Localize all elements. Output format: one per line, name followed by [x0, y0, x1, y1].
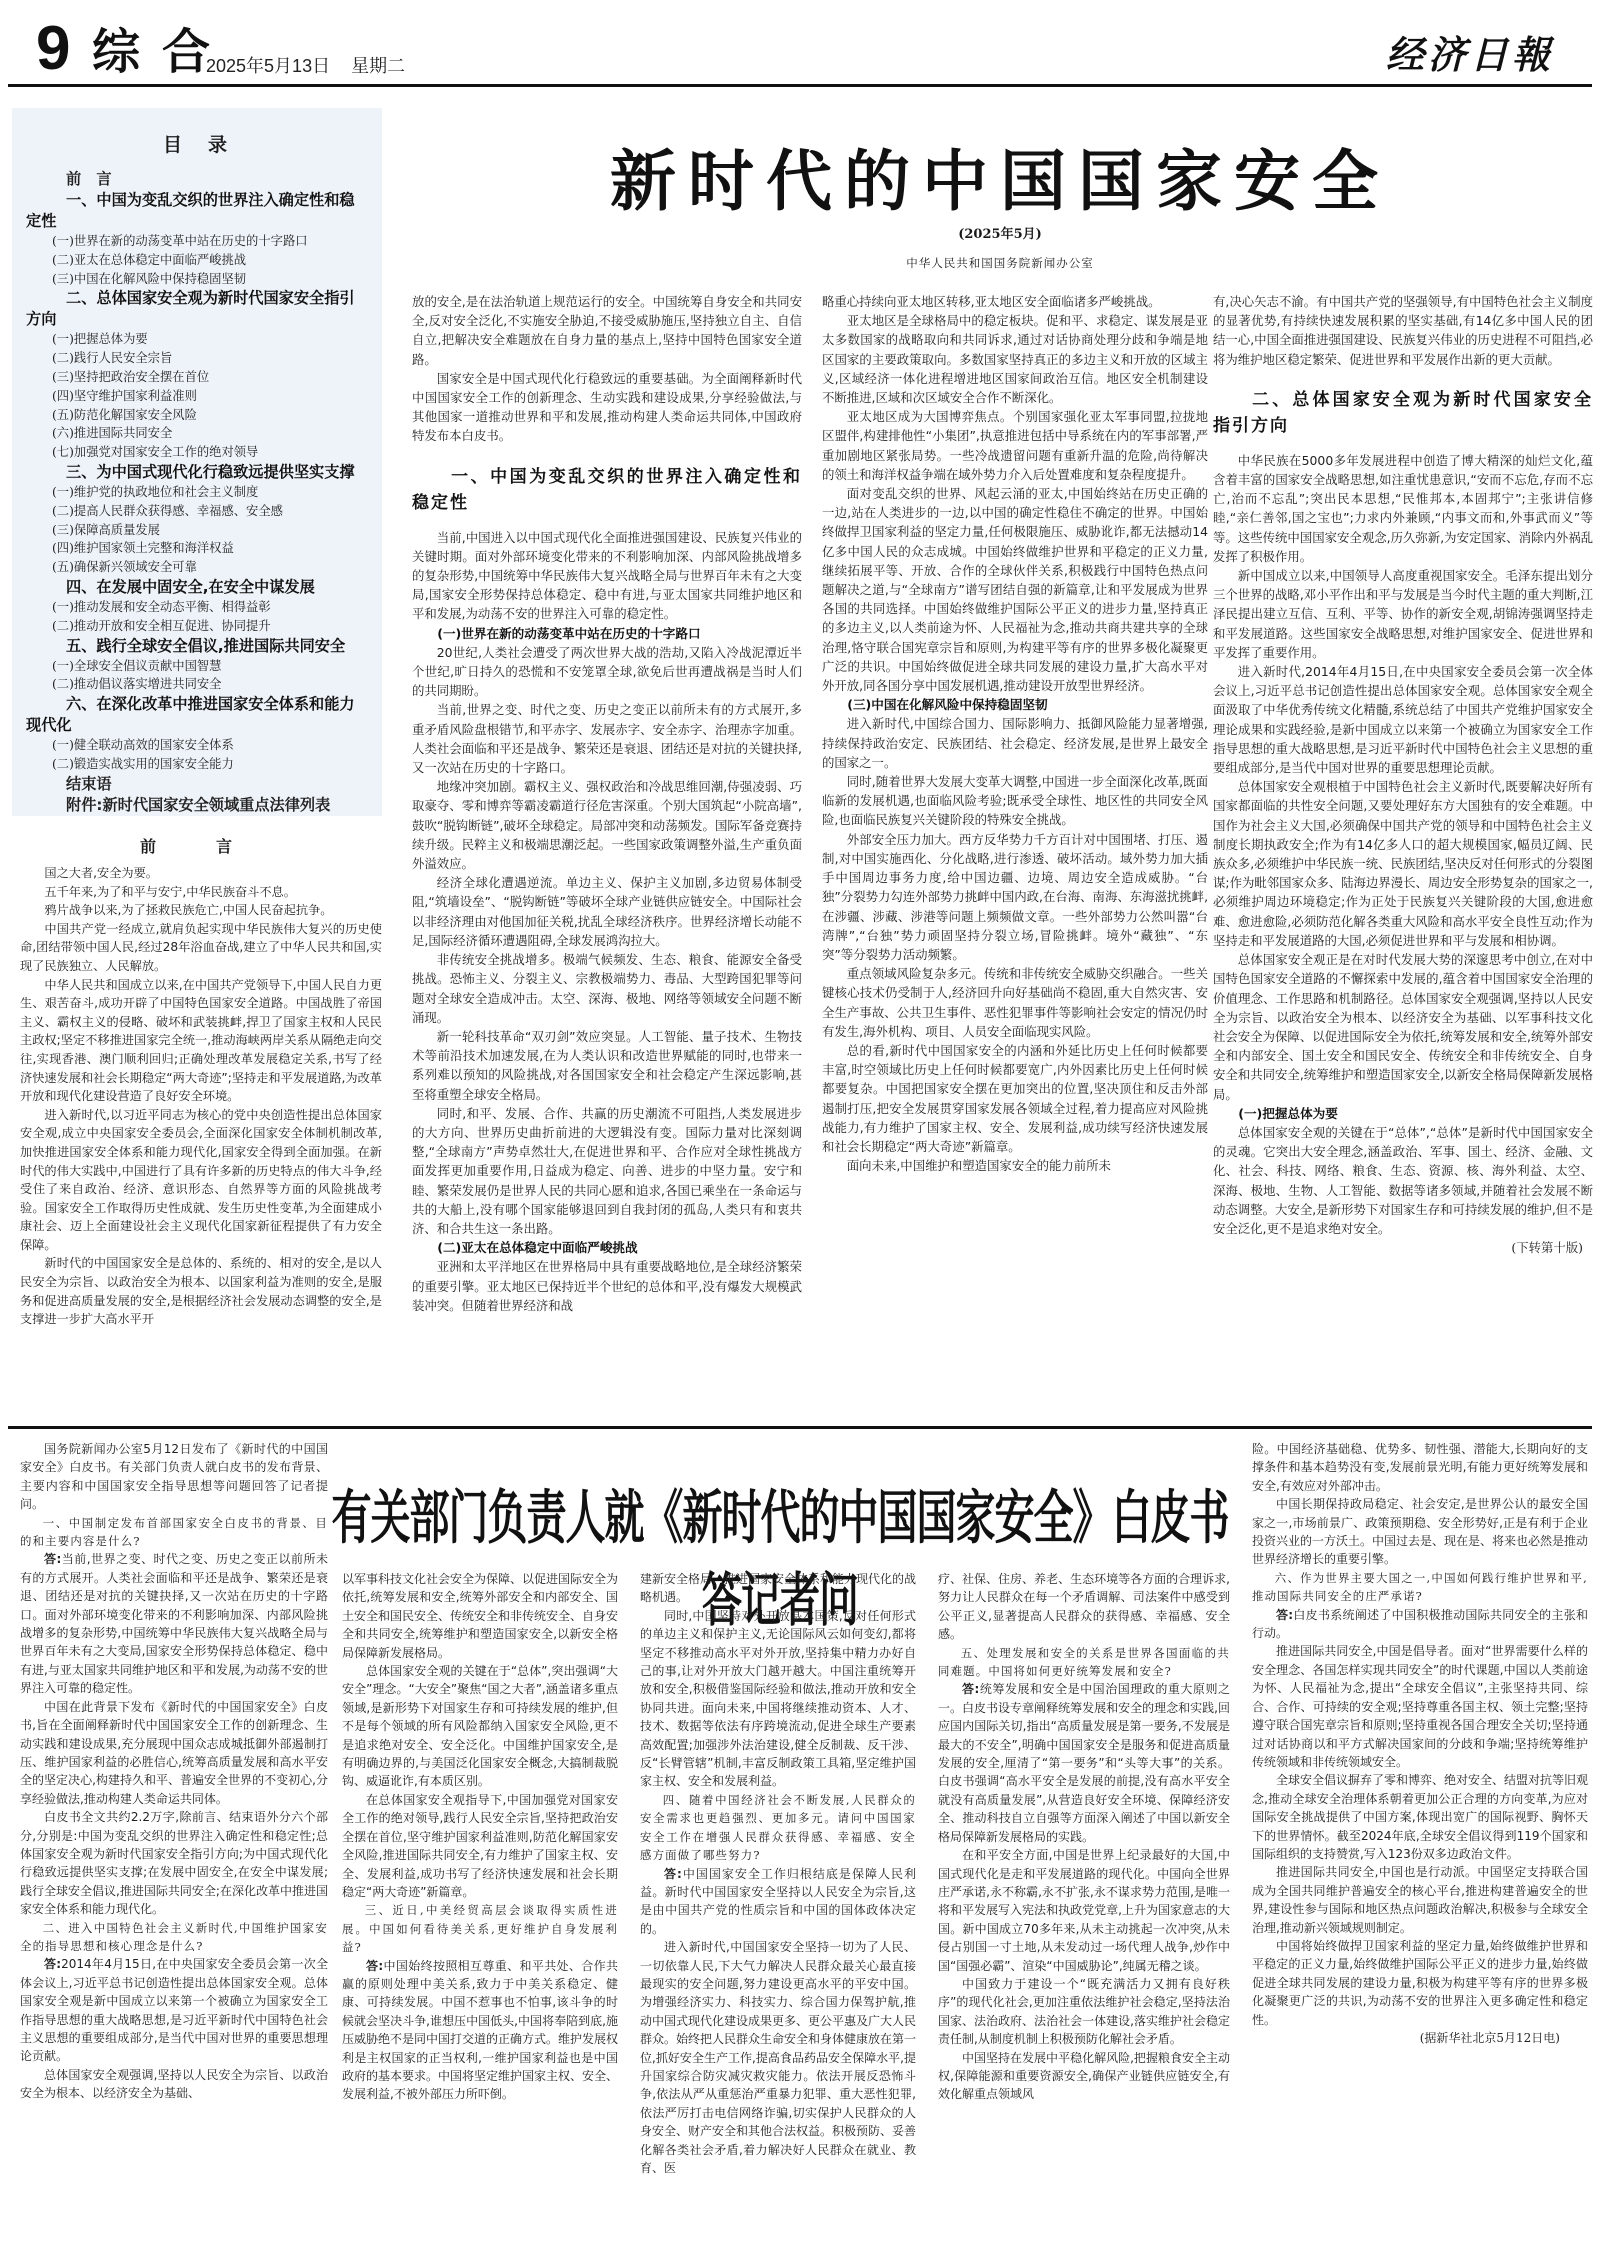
preface-heading: 前 言 — [12, 834, 382, 857]
paragraph: 当前,世界之变、时代之变、历史之变正以前所未有的方式展开,多重矛盾风险盘根错节,… — [412, 700, 802, 777]
paragraph: 有,决心矢志不渝。有中国共产党的坚强领导,有中国特色社会主义制度的显著优势,有持… — [1213, 292, 1593, 369]
paragraph: 放的安全,是在法治轨道上规范运行的安全。中国统筹自身安全和共同安全,反对安全泛化… — [412, 292, 802, 369]
paragraph: 进入新时代,中国综合国力、国际影响力、抵御风险能力显著增强,持续保持政治安定、民… — [822, 714, 1208, 772]
toc-item: (一)全球安全倡议贡献中国智慧 — [26, 657, 368, 676]
toc-item: 前 言 — [26, 169, 368, 190]
toc-item: (二)提高人民群众获得感、幸福感、安全感 — [26, 502, 368, 521]
masthead-rule — [8, 84, 1592, 87]
paragraph: 五千年来,为了和平与安宁,中华民族奋斗不息。 — [20, 883, 382, 902]
toc-item: (五)确保新兴领域安全可靠 — [26, 558, 368, 577]
paragraph: 鸦片战争以来,为了拯救民族危亡,中国人民奋起抗争。 — [20, 901, 382, 920]
article-column-3: 略重心持续向亚太地区转移,亚太地区安全面临诸多严峻挑战。亚太地区是全球格局中的稳… — [822, 292, 1208, 1412]
paragraph: 非传统安全挑战增多。极端气候频发、生态、粮食、能源安全备受挑战。恐怖主义、分裂主… — [412, 950, 802, 1027]
toc-item: (一)健全联动高效的国家安全体系 — [26, 736, 368, 755]
paragraph: 同时,中国坚持对外开放基本国策,反对任何形式的单边主义和保护主义,无论国际风云如… — [640, 1607, 916, 1791]
toc-item: (四)坚守维护国家利益准则 — [26, 387, 368, 406]
paragraph: 亚洲和太平洋地区在世界格局中具有重要战略地位,是全球经济繁荣的重要引擎。亚太地区… — [412, 1257, 802, 1315]
toc-item: 结束语 — [26, 774, 368, 795]
paragraph: 国务院新闻办公室5月12日发布了《新时代的中国国家安全》白皮书。有关部门负责人就… — [20, 1440, 328, 1514]
interview-question: 三、近日,中美经贸高层会谈取得实质性进展。中国如何看待美关系,更好维护自身发展利… — [342, 1901, 618, 1956]
interview-answer: 答:中国始终按照相互尊重、和平共处、合作共赢的原则处理中美关系,致力于中美关系稳… — [342, 1957, 618, 2104]
toc-item: (六)推进国际共同安全 — [26, 424, 368, 443]
toc-item: (五)防范化解国家安全风险 — [26, 406, 368, 425]
paragraph: 国家安全是中国式现代化行稳致远的重要基础。为全面阐释新时代中国国家安全工作的创新… — [412, 369, 802, 446]
article-headline: 新时代的中国国家安全 — [400, 128, 1600, 223]
paragraph: 新时代的中国国家安全是总体的、系统的、相对的安全,是以人民安全为宗旨、以政治安全… — [20, 1254, 382, 1328]
paragraph: 中华民族在5000多年发展进程中创造了博大精深的灿烂文化,蕴含着丰富的国家安全战… — [1213, 451, 1593, 566]
toc-item: (三)中国在化解风险中保持稳固坚韧 — [26, 270, 368, 289]
page-number: 9 — [36, 18, 70, 80]
paragraph: 中国将始终做捍卫国家利益的坚定力量,始终做维护世界和平稳定的正义力量,始终做维护… — [1252, 1937, 1588, 2029]
interview-question: 二、进入中国特色社会主义新时代,中国维护国家安全的指导思想和核心理念是什么? — [20, 1919, 328, 1956]
paragraph: 中华人民共和国成立以来,在中国共产党领导下,中国人民自力更生、艰苦奋斗,成功开辟… — [20, 976, 382, 1106]
answer-label: 答: — [1276, 1608, 1293, 1622]
paragraph: 同时,和平、发展、合作、共赢的历史潮流不可阻挡,人类发展进步的大方向、世界历史曲… — [412, 1104, 802, 1238]
paragraph: 中国共产党一经成立,就肩负起实现中华民族伟大复兴的历史使命,团结带领中国人民,经… — [20, 920, 382, 976]
answer-label: 答: — [962, 1682, 979, 1696]
subsection-heading: (一)世界在新的动荡变革中站在历史的十字路口 — [412, 624, 802, 643]
paragraph: 亚太地区成为大国博弈焦点。个别国家强化亚太军事同盟,拉拢地区盟伴,构建排他性“小… — [822, 407, 1208, 484]
answer-label: 答: — [366, 1959, 383, 1973]
paragraph: 20世纪,人类社会遭受了两次世界大战的浩劫,又陷入冷战泥潭近半个世纪,旷日持久的… — [412, 643, 802, 701]
article-byline: 中华人民共和国国务院新闻办公室 — [400, 255, 1600, 271]
paragraph: 国之大者,安全为要。 — [20, 864, 382, 883]
paragraph: 在和平安全方面,中国是世界上纪录最好的大国,中国式现代化是走和平发展道路的现代化… — [938, 1846, 1230, 1975]
subsection-heading: (二)亚太在总体稳定中面临严峻挑战 — [412, 1238, 802, 1257]
masthead: 9 综合 2025年5月13日 星期二 经济日報 — [0, 0, 1600, 90]
toc-item: (二)践行人民安全宗旨 — [26, 349, 368, 368]
date-text: 2025年5月13日 — [206, 56, 330, 76]
issue-date: 2025年5月13日 星期二 — [206, 52, 421, 78]
paragraph: 总体国家安全观的关键在于“总体”,“总体”是新时代中国国家安全的灵魂。它突出大安… — [1213, 1123, 1593, 1238]
article-column-4: 有,决心矢志不渝。有中国共产党的坚强领导,有中国特色社会主义制度的显著优势,有持… — [1213, 292, 1593, 1412]
paragraph: 进入新时代,中国国家安全坚持一切为了人民、一切依靠人民,下大气力解决人民群众最关… — [640, 1938, 916, 2177]
toc-item: (四)维护国家领土完整和海洋权益 — [26, 539, 368, 558]
subsection-heading: (一)把握总体为要 — [1213, 1104, 1593, 1123]
toc-item: (二)推动开放和安全相互促进、协同提升 — [26, 617, 368, 636]
section-heading: 一、中国为变乱交织的世界注入确定性和稳定性 — [412, 464, 802, 516]
paragraph: 全球安全倡议摒弃了零和博弈、绝对安全、结盟对抗等旧观念,推动全球安全治理体系朝着… — [1252, 1771, 1588, 1863]
paragraph: 在总体国家安全观指导下,中国加强党对国家安全工作的绝对领导,践行人民安全宗旨,坚… — [342, 1791, 618, 1901]
interview-answer: 答:中国国家安全工作归根结底是保障人民利益。新时代中国国家安全坚持以人民安全为宗… — [640, 1865, 916, 1939]
paragraph: 中国致力于建设一个“既充满活力又拥有良好秩序”的现代化社会,更加注重依法维护社会… — [938, 1975, 1230, 2049]
answer-text: 当前,世界之变、时代之变、历史之变正以前所未有的方式展开。人类社会面临和平还是战… — [20, 1552, 328, 1695]
paragraph: 当前,中国进入以中国式现代化全面推进强国建设、民族复兴伟业的关键时期。面对外部环… — [412, 528, 802, 624]
paragraph: 地缘冲突加剧。霸权主义、强权政治和冷战思维回潮,侍强凌弱、巧取豪夺、零和博弈等霸… — [412, 777, 802, 873]
paragraph: 推进国际共同安全,中国是倡导者。面对“世界需要什么样的安全理念、各国怎样实现共同… — [1252, 1642, 1588, 1771]
article-column-2: 放的安全,是在法治轨道上规范运行的安全。中国统筹自身安全和共同安全,反对安全泛化… — [412, 292, 802, 1412]
toc-item: (七)加强党对国家安全工作的绝对领导 — [26, 443, 368, 462]
paragraph: 亚太地区是全球格局中的稳定板块。促和平、求稳定、谋发展是亚太多数国家的战略取向和… — [822, 311, 1208, 407]
toc-item: 六、在深化改革中推进国家安全体系和能力现代化 — [26, 694, 368, 736]
table-of-contents: 目录 前 言一、中国为变乱交织的世界注入确定性和稳定性(一)世界在新的动荡变革中… — [12, 108, 382, 816]
subsection-heading: (三)中国在化解风险中保持稳固坚韧 — [822, 695, 1208, 714]
paragraph: 总体国家安全观的关键在于“总体”,突出强调“大安全”理念。“大安全”聚焦“国之大… — [342, 1662, 618, 1791]
interview-column-1: 国务院新闻办公室5月12日发布了《新时代的中国国家安全》白皮书。有关部门负责人就… — [20, 1440, 328, 2260]
interview-column-3: 建新安全格局、推进国家安全体系和能力现代化的战略机遇。同时,中国坚持对外开放基本… — [640, 1570, 916, 2260]
article-date: (2025年5月) — [400, 223, 1600, 242]
paragraph: 面向未来,中国维护和塑造国家安全的能力前所未 — [822, 1156, 1208, 1175]
interview-answer: 答:白皮书系统阐述了中国积极推动国际共同安全的主张和行动。 — [1252, 1606, 1588, 1643]
toc-item: 附件:新时代国家安全领域重点法律列表 — [26, 795, 368, 816]
interview-column-2: 以军事科技文化社会安全为保障、以促进国际安全为依托,统筹发展和安全,统筹外部安全… — [342, 1570, 618, 2260]
interview-answer: 答:当前,世界之变、时代之变、历史之变正以前所未有的方式展开。人类社会面临和平还… — [20, 1550, 328, 1697]
toc-item: (一)推动发展和安全动态平衡、相得益彰 — [26, 598, 368, 617]
paragraph: 重点领域风险复杂多元。传统和非传统安全威胁交织融合。一些关键核心技术仍受制于人,… — [822, 964, 1208, 1041]
interview-question: 六、作为世界主要大国之一,中国如何践行维护世界和平,推动国际共同安全的庄严承诺? — [1252, 1569, 1588, 1606]
paragraph: 白皮书全文共约2.2万字,除前言、结束语外分六个部分,分别是:中国为变乱交织的世… — [20, 1808, 328, 1918]
paragraph: 外部安全压力加大。西方反华势力千方百计对中国围堵、打压、遏制,对中国实施西化、分… — [822, 830, 1208, 964]
answer-label: 答: — [664, 1867, 682, 1881]
toc-item: 一、中国为变乱交织的世界注入确定性和稳定性 — [26, 190, 368, 232]
toc-item: 二、总体国家安全观为新时代国家安全指引方向 — [26, 288, 368, 330]
answer-text: 中国始终按照相互尊重、和平共处、合作共赢的原则处理中美关系,致力于中美关系稳定、… — [342, 1959, 618, 2102]
toc-item: 三、为中国式现代化行稳致远提供坚实支撑 — [26, 462, 368, 483]
toc-item: (一)把握总体为要 — [26, 330, 368, 349]
paragraph: 略重心持续向亚太地区转移,亚太地区安全面临诸多严峻挑战。 — [822, 292, 1208, 311]
answer-text: 统筹发展和安全是中国治国理政的重大原则之一。白皮书设专章阐释统筹发展和安全的理念… — [938, 1682, 1230, 1843]
paragraph: 以军事科技文化社会安全为保障、以促进国际安全为依托,统筹发展和安全,统筹外部安全… — [342, 1570, 618, 1662]
answer-text: 2014年4月15日,在中央国家安全委员会第一次全体会议上,习近平总书记创造性提… — [20, 1957, 328, 2063]
interview-question: 四、随着中国经济社会不断发展,人民群众的安全需求也更趋强烈、更加多元。请问中国国… — [640, 1791, 916, 1865]
paragraph: 进入新时代,以习近平同志为核心的党中央创造性提出总体国家安全观,成立中央国家安全… — [20, 1106, 382, 1255]
section-heading: 二、总体国家安全观为新时代国家安全指引方向 — [1213, 387, 1593, 439]
paragraph: 总体国家安全观根植于中国特色社会主义新时代,既要解决好所有国家都面临的共性安全问… — [1213, 777, 1593, 950]
interview-column-4: 疗、社保、住房、养老、生态环境等各方面的合理诉求,努力让人民群众在每一个矛盾调解… — [938, 1570, 1230, 2260]
paragraph: 进入新时代,2014年4月15日,在中央国家安全委员会第一次全体会议上,习近平总… — [1213, 662, 1593, 777]
weekday-text: 星期二 — [351, 56, 405, 76]
toc-item: (二)亚太在总体稳定中面临严峻挑战 — [26, 251, 368, 270]
interview-question: 五、处理发展和安全的关系是世界各国面临的共同难题。中国将如何更好统筹发展和安全? — [938, 1644, 1230, 1681]
toc-title: 目录 — [48, 130, 368, 157]
paragraph: 新中国成立以来,中国领导人高度重视国家安全。毛泽东提出划分三个世界的战略,邓小平… — [1213, 566, 1593, 662]
newspaper-logo: 经济日報 — [1386, 24, 1554, 79]
paragraph: 总体国家安全观正是在对时代发展大势的深邃思考中创立,在对中国特色国家安全道路的不… — [1213, 950, 1593, 1104]
source-note: (据新华社北京5月12日电) — [1252, 2029, 1588, 2047]
toc-item: (二)锻造实战实用的国家安全能力 — [26, 755, 368, 774]
interview-answer: 答:统筹发展和安全是中国治国理政的重大原则之一。白皮书设专章阐释统筹发展和安全的… — [938, 1680, 1230, 1846]
paragraph: 疗、社保、住房、养老、生态环境等各方面的合理诉求,努力让人民群众在每一个矛盾调解… — [938, 1570, 1230, 1644]
paragraph: 推进国际共同安全,中国也是行动派。中国坚定支持联合国成为全国共同维护普遍安全的核… — [1252, 1863, 1588, 1937]
paragraph: 总体国家安全观强调,坚持以人民安全为宗旨、以政治安全为根本、以经济安全为基础、 — [20, 2066, 328, 2103]
interview-column-5: 险。中国经济基础稳、优势多、韧性强、潜能大,长期向好的支撑条件和基本趋势没有变,… — [1252, 1440, 1588, 2260]
toc-item: (三)坚持把政治安全摆在首位 — [26, 368, 368, 387]
paragraph: 经济全球化遭遇逆流。单边主义、保护主义加剧,多边贸易体制受阻,“筑墙设垒”、“脱… — [412, 873, 802, 950]
continued-note: (下转第十版) — [1213, 1238, 1593, 1257]
toc-list: 前 言一、中国为变乱交织的世界注入确定性和稳定性(一)世界在新的动荡变革中站在历… — [26, 169, 368, 816]
answer-text: 白皮书系统阐述了中国积极推动国际共同安全的主张和行动。 — [1252, 1608, 1588, 1640]
paragraph: 新一轮科技革命“双刃剑”效应突显。人工智能、量子技术、生物技术等前沿技术加速发展… — [412, 1027, 802, 1104]
paragraph: 面对变乱交织的世界、风起云涌的亚太,中国始终站在历史正确的一边,站在人类进步的一… — [822, 484, 1208, 695]
answer-label: 答: — [44, 1957, 61, 1971]
toc-item: 四、在发展中固安全,在安全中谋发展 — [26, 577, 368, 598]
section-divider — [8, 1426, 1592, 1429]
answer-text: 中国国家安全工作归根结底是保障人民利益。新时代中国国家安全坚持以人民安全为宗旨,… — [640, 1867, 916, 1936]
paragraph: 总的看,新时代中国国家安全的内涵和外延比历史上任何时候都要丰富,时空领域比历史上… — [822, 1041, 1208, 1156]
paragraph: 险。中国经济基础稳、优势多、韧性强、潜能大,长期向好的支撑条件和基本趋势没有变,… — [1252, 1440, 1588, 1495]
toc-item: (二)推动倡议落实增进共同安全 — [26, 675, 368, 694]
toc-item: 五、践行全球安全倡议,推进国际共同安全 — [26, 636, 368, 657]
answer-label: 答: — [44, 1552, 61, 1566]
interview-question: 一、中国制定发布首部国家安全白皮书的背景、目的和主要内容是什么? — [20, 1514, 328, 1551]
paragraph: 中国长期保持政局稳定、社会安定,是世界公认的最安全国家之一,市场前景广、政策预期… — [1252, 1495, 1588, 1569]
paragraph: 中国坚持在发展中平稳化解风险,把握粮食安全主动权,保障能源和重要资源安全,确保产… — [938, 2049, 1230, 2104]
toc-item: (一)维护党的执政地位和社会主义制度 — [26, 483, 368, 502]
toc-item: (三)保障高质量发展 — [26, 521, 368, 540]
paragraph: 建新安全格局、推进国家安全体系和能力现代化的战略机遇。 — [640, 1570, 916, 1607]
interview-answer: 答:2014年4月15日,在中央国家安全委员会第一次全体会议上,习近平总书记创造… — [20, 1955, 328, 2065]
toc-item: (一)世界在新的动荡变革中站在历史的十字路口 — [26, 232, 368, 251]
paragraph: 中国在此背景下发布《新时代的中国国家安全》白皮书,旨在全面阐释新时代中国国家安全… — [20, 1698, 328, 1808]
article-column-1: 国之大者,安全为要。五千年来,为了和平与安宁,中华民族奋斗不息。鸦片战争以来,为… — [20, 864, 382, 1409]
paragraph: 同时,随着世界大发展大变革大调整,中国进一步全面深化改革,既面临新的发展机遇,也… — [822, 772, 1208, 830]
